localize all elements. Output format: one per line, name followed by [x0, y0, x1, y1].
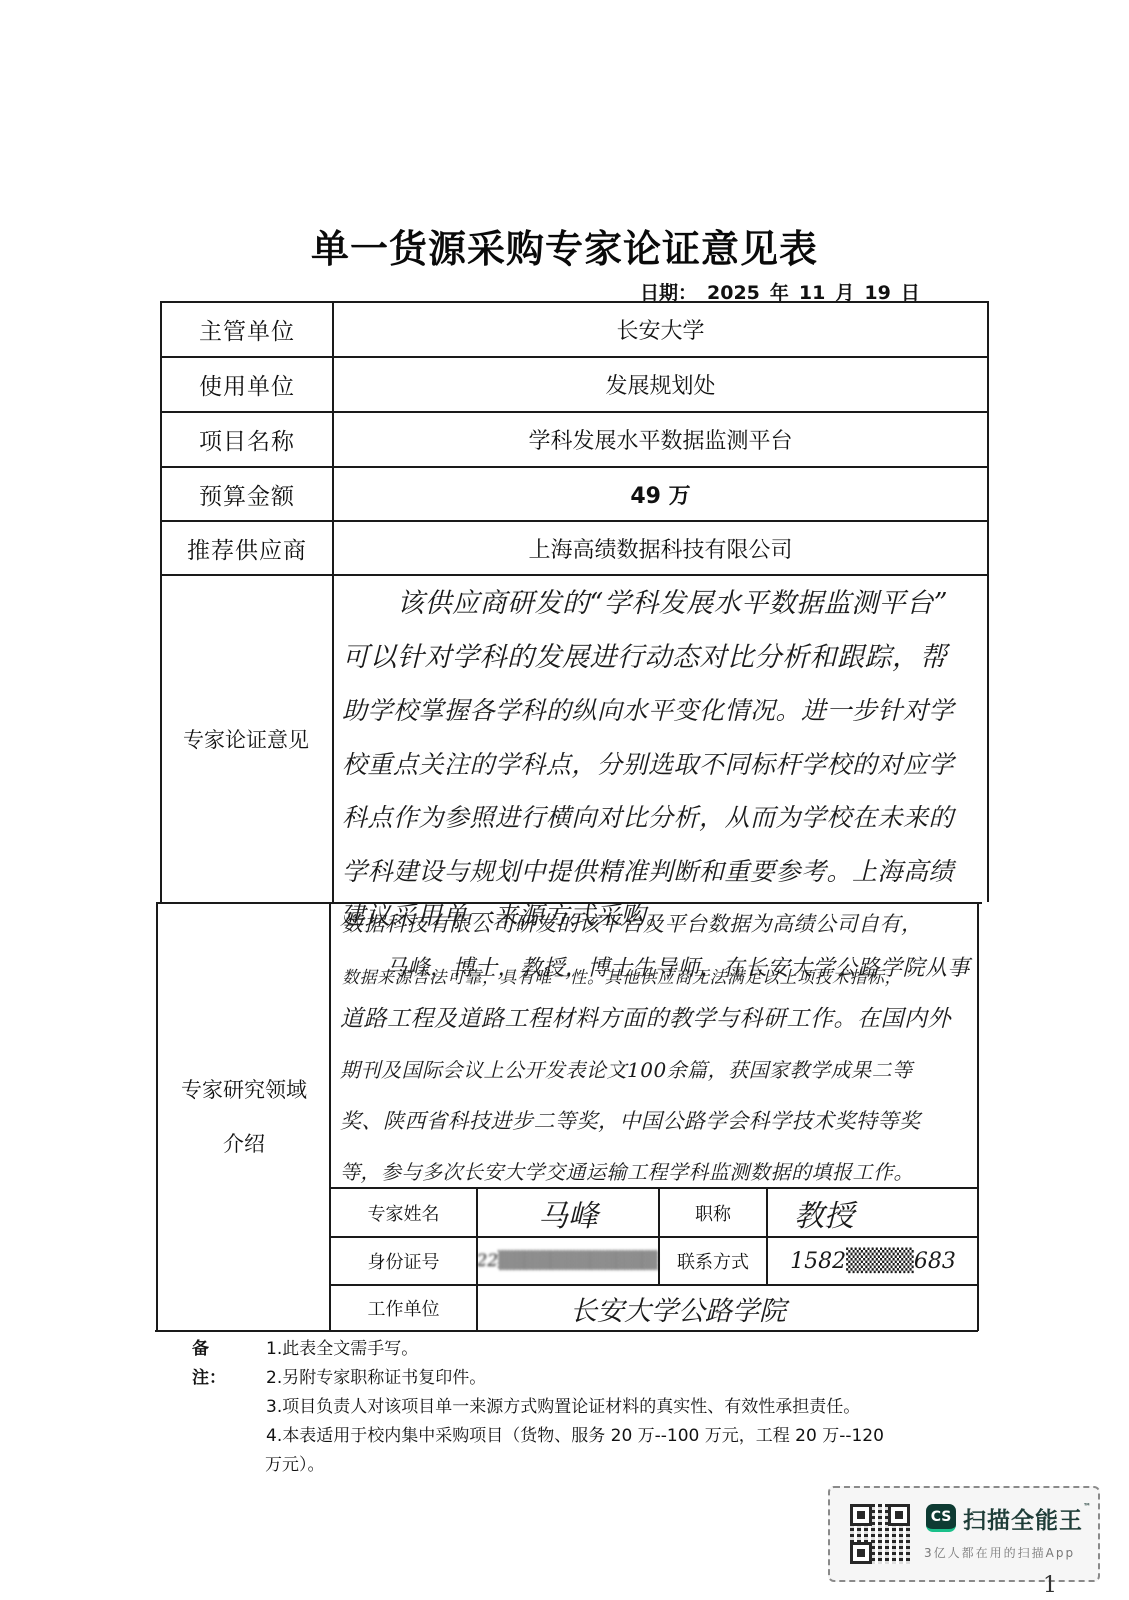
label-title: 职称: [660, 1189, 766, 1236]
camscanner-watermark: CS 扫描全能王™ 3亿人都在用的扫描App: [828, 1486, 1100, 1582]
label-expert-name: 专家姓名: [331, 1189, 476, 1236]
table-border-bottom: [155, 1330, 978, 1332]
opinion-line: 该供应商研发的“学科发展水平数据监测平台”: [342, 577, 982, 631]
opinion-line: 科点作为参照进行横向对比分析，从而为学校在未来的: [342, 791, 982, 845]
value-id-number: 3422▒▒▒▒▒▒▒▒▒▒▒▒▒▒: [478, 1238, 658, 1284]
intro-line: 马峰，博士，教授，博士生导师，在长安大学公路学院从事: [340, 943, 978, 994]
opinion-line: 助学校掌握各学科的纵向水平变化情况。进一步针对学: [342, 684, 982, 738]
opinion-continuation: 建议采用单一来源方式采购。: [340, 886, 976, 946]
label-employer: 工作单位: [331, 1286, 476, 1330]
table-border-right: [987, 301, 989, 902]
qr-code-icon: [850, 1504, 910, 1564]
value-employer: 长安大学公路学院: [478, 1286, 978, 1330]
note-item-continuation: 万元）。: [265, 1451, 966, 1480]
notes-label: 备注：: [192, 1335, 226, 1393]
value-budget: 49 万: [334, 468, 987, 520]
value-project-name: 学科发展水平数据监测平台: [334, 413, 987, 466]
table-border-left: [156, 902, 158, 1331]
label-expert-intro-line1: 专家研究领域: [181, 1063, 307, 1117]
label-expert-intro-line2: 介绍: [223, 1117, 265, 1171]
value-expert-name: 马峰: [478, 1189, 658, 1236]
label-id-number: 身份证号: [331, 1238, 476, 1284]
opinion-line: 可以针对学科的发展进行动态对比分析和跟踪，帮: [342, 631, 982, 685]
label-expert-intro: 专家研究领域 介绍: [160, 904, 328, 1330]
label-project-name: 项目名称: [162, 413, 332, 466]
intro-line: 期刊及国际会议上公开发表论文100余篇，获国家教学成果二等: [340, 1045, 978, 1096]
value-supervising-unit: 长安大学: [334, 303, 987, 356]
note-item: 2.另附专家职称证书复印件。: [266, 1364, 966, 1393]
value-title: 教授: [768, 1189, 978, 1236]
intro-line: 奖、陕西省科技进步二等奖，中国公路学会科学技术奖特等奖: [340, 1096, 978, 1147]
label-budget: 预算金额: [162, 468, 332, 520]
value-using-unit: 发展规划处: [334, 358, 987, 411]
camscanner-app-name: 扫描全能王™: [963, 1502, 1092, 1535]
expert-intro-handwriting: 马峰，博士，教授，博士生导师，在长安大学公路学院从事 道路工程及道路工程材料方面…: [340, 943, 978, 1198]
opinion-line: 建议采用单一来源方式采购。: [340, 886, 976, 946]
value-contact: 1582▒▒▒▒683: [768, 1238, 978, 1284]
page-number: 1: [1043, 1573, 1057, 1598]
notes-list: 1.此表全文需手写。 2.另附专家职称证书复印件。 3.项目负责人对该项目单一来…: [266, 1335, 966, 1480]
label-recommended-supplier: 推荐供应商: [162, 522, 332, 574]
note-item: 1.此表全文需手写。: [266, 1335, 966, 1364]
opinion-line: 校重点关注的学科点，分别选取不同标杆学校的对应学: [342, 738, 982, 792]
camscanner-logo-icon: CS: [926, 1504, 956, 1532]
intro-line: 道路工程及道路工程材料方面的教学与科研工作。在国内外: [340, 994, 978, 1045]
note-item: 3.项目负责人对该项目单一来源方式购置论证材料的真实性、有效性承担责任。: [266, 1393, 966, 1422]
label-expert-opinion: 专家论证意见: [162, 576, 330, 902]
app-name-text: 扫描全能王: [963, 1508, 1083, 1534]
note-item: 4.本表适用于校内集中采购项目（货物、服务 20 万--100 万元，工程 20…: [266, 1422, 966, 1451]
camscanner-tagline: 3亿人都在用的扫描App: [924, 1544, 1075, 1561]
value-recommended-supplier: 上海高绩数据科技有限公司: [334, 522, 987, 574]
label-using-unit: 使用单位: [162, 358, 332, 411]
label-supervising-unit: 主管单位: [162, 303, 332, 356]
label-contact: 联系方式: [660, 1238, 766, 1284]
